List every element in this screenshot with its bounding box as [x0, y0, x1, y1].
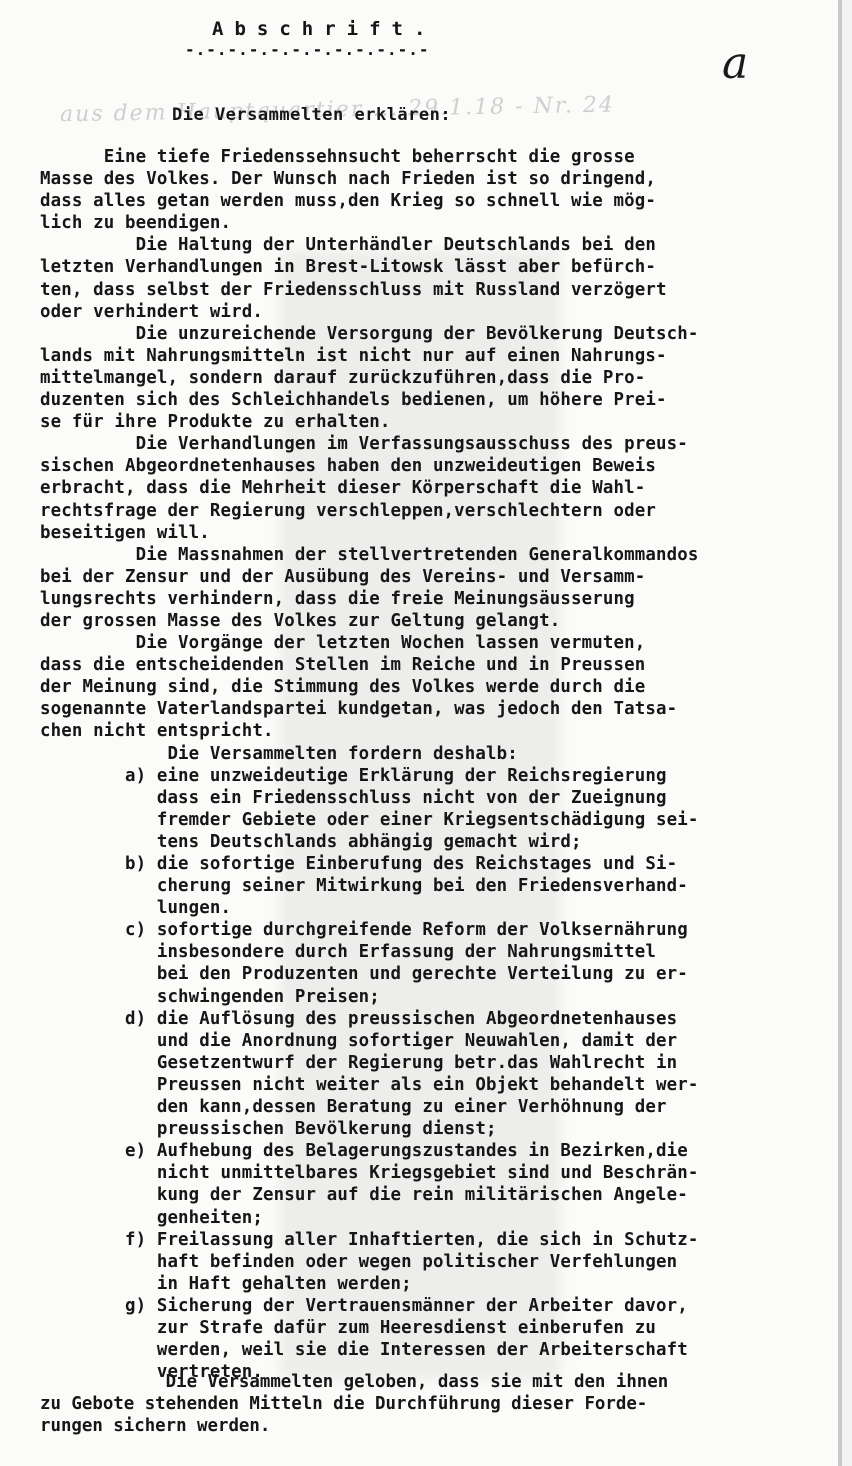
text-line: bei den Produzenten und gerechte Verteil… [40, 963, 840, 985]
text-line: Die Vorgänge der letzten Wochen lassen v… [40, 632, 840, 654]
text-line: Die Massnahmen der stellvertretenden Gen… [40, 544, 840, 566]
text-line: tens Deutschlands abhängig gemacht wird; [40, 831, 840, 853]
text-line: Die Haltung der Unterhändler Deutschland… [40, 234, 840, 256]
text-line: kung der Zensur auf die rein militärisch… [40, 1184, 840, 1206]
text-line: den kann,dessen Beratung zu einer Verhöh… [40, 1096, 840, 1118]
text-line: se für ihre Produkte zu erhalten. [40, 411, 840, 433]
text-line: lungsrechts verhindern, dass die freie M… [40, 588, 840, 610]
text-line: der Meinung sind, die Stimmung des Volke… [40, 676, 840, 698]
text-line: werden, weil sie die Interessen der Arbe… [40, 1339, 840, 1361]
text-line: dass die entscheidenden Stellen im Reich… [40, 654, 840, 676]
text-line: Die Versammelten fordern deshalb: [40, 743, 840, 765]
closing-line: rungen sichern werden. [40, 1416, 840, 1438]
closing-line: Die Versammelten geloben, dass sie mit d… [40, 1372, 840, 1394]
text-line: und die Anordnung sofortiger Neuwahlen, … [40, 1030, 840, 1052]
handwritten-mark: a [722, 38, 748, 89]
declaration-heading: Die Versammelten erklären: [172, 105, 451, 125]
text-line: Die Verhandlungen im Verfassungsausschus… [40, 433, 840, 455]
text-line: Masse des Volkes. Der Wunsch nach Friede… [40, 168, 840, 190]
text-line: f) Freilassung aller Inhaftierten, die s… [40, 1229, 840, 1251]
text-line: in Haft gehalten werden; [40, 1273, 840, 1295]
text-line: genheiten; [40, 1207, 840, 1229]
text-line: letzten Verhandlungen in Brest-Litowsk l… [40, 256, 840, 278]
text-line: g) Sicherung der Vertrauensmänner der Ar… [40, 1295, 840, 1317]
text-line: ten, dass selbst der Friedensschluss mit… [40, 279, 840, 301]
text-line: oder verhindert wird. [40, 301, 840, 323]
text-line: d) die Auflösung des preussischen Abgeor… [40, 1008, 840, 1030]
text-line: mittelmangel, sondern darauf zurückzufüh… [40, 367, 840, 389]
text-line: Eine tiefe Friedenssehnsucht beherrscht … [40, 146, 840, 168]
text-line: duzenten sich des Schleichhandels bedien… [40, 389, 840, 411]
text-line: zur Strafe dafür zum Heeresdienst einber… [40, 1317, 840, 1339]
text-line: nicht unmittelbares Kriegsgebiet sind un… [40, 1162, 840, 1184]
text-line: Preussen nicht weiter als ein Objekt beh… [40, 1074, 840, 1096]
scanned-page: aus dem Hauptquartier ... 29.1.18 - Nr. … [0, 0, 852, 1466]
text-line: rechtsfrage der Regierung verschleppen,v… [40, 500, 840, 522]
text-line: lands mit Nahrungsmitteln ist nicht nur … [40, 345, 840, 367]
text-line: preussischen Bevölkerung dienst; [40, 1118, 840, 1140]
closing-paragraph: Die Versammelten geloben, dass sie mit d… [40, 1372, 840, 1438]
text-line: Die unzureichende Versorgung der Bevölke… [40, 323, 840, 345]
text-line: erbracht, dass die Mehrheit dieser Körpe… [40, 477, 840, 499]
document-title: Abschrift. [212, 18, 436, 40]
text-line: dass alles getan werden muss,den Krieg s… [40, 190, 840, 212]
text-line: fremder Gebiete oder einer Kriegsentschä… [40, 809, 840, 831]
declaration-body: Eine tiefe Friedenssehnsucht beherrscht … [40, 146, 840, 1383]
text-line: insbesondere durch Erfassung der Nahrung… [40, 941, 840, 963]
text-line: haft befinden oder wegen politischer Ver… [40, 1251, 840, 1273]
text-line: cherung seiner Mitwirkung bei den Friede… [40, 875, 840, 897]
text-line: sogenannte Vaterlandspartei kundgetan, w… [40, 698, 840, 720]
text-line: b) die sofortige Einberufung des Reichst… [40, 853, 840, 875]
title-underline: -.-.-.-.-.-.-.-.-.-.-.- [185, 40, 430, 59]
text-line: e) Aufhebung des Belagerungszustandes in… [40, 1140, 840, 1162]
text-line: lungen. [40, 897, 840, 919]
text-line: beseitigen will. [40, 522, 840, 544]
text-line: schwingenden Preisen; [40, 986, 840, 1008]
closing-line: zu Gebote stehenden Mitteln die Durchfüh… [40, 1394, 840, 1416]
text-line: bei der Zensur und der Ausübung des Vere… [40, 566, 840, 588]
text-line: der grossen Masse des Volkes zur Geltung… [40, 610, 840, 632]
text-line: sischen Abgeordnetenhauses haben den unz… [40, 455, 840, 477]
text-line: dass ein Friedensschluss nicht von der Z… [40, 787, 840, 809]
text-line: chen nicht entspricht. [40, 720, 840, 742]
text-line: Gesetzentwurf der Regierung betr.das Wah… [40, 1052, 840, 1074]
text-line: lich zu beendigen. [40, 212, 840, 234]
text-line: a) eine unzweideutige Erklärung der Reic… [40, 765, 840, 787]
text-line: c) sofortige durchgreifende Reform der V… [40, 919, 840, 941]
